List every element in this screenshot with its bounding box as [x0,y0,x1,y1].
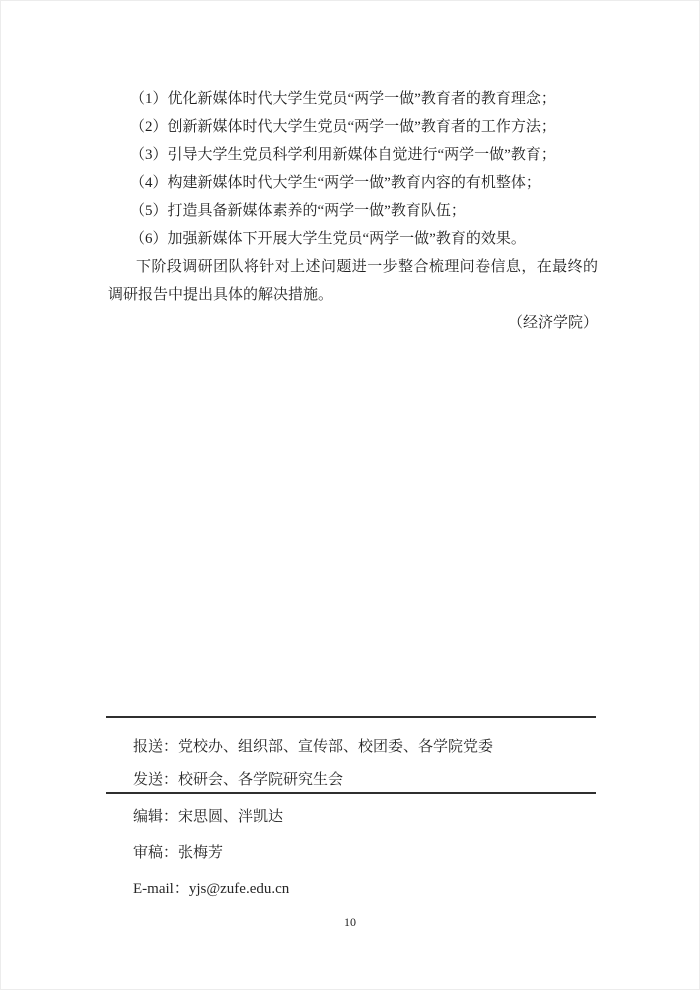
document-page: （1）优化新媒体时代大学生党员“两学一做”教育者的教育理念； （2）创新新媒体时… [0,0,700,990]
numbered-item-4: （4）构建新媒体时代大学生“两学一做”教育内容的有机整体； [108,169,598,197]
numbered-item-3: （3）引导大学生党员科学利用新媒体自觉进行“两学一做”教育； [108,141,598,169]
email-label: E-mail： [133,881,189,897]
email-line: E-mail：yjs@zufe.edu.cn [133,877,289,898]
numbered-item-5: （5）打造具备新媒体素养的“两学一做”教育队伍； [108,197,598,225]
closing-paragraph: 下阶段调研团队将针对上述问题进一步整合梳理问卷信息，在最终的调研报告中提出具体的… [108,253,598,309]
numbered-item-6: （6）加强新媒体下开展大学生党员“两学一做”教育的效果。 [108,225,598,253]
reviewer-value: 张梅芳 [178,844,223,861]
footer-divider-top [106,716,596,718]
footer-divider-middle [106,792,596,794]
reviewer-line: 审稿：张梅芳 [133,841,223,862]
report-to-value: 党校办、组织部、宣传部、校团委、各学院党委 [178,738,493,755]
send-to-label: 发送： [133,771,178,788]
attribution-line: （经济学院） [108,309,598,337]
send-to-line: 发送：校研会、各学院研究生会 [133,768,343,789]
body-content: （1）优化新媒体时代大学生党员“两学一做”教育者的教育理念； （2）创新新媒体时… [108,85,598,337]
email-address: yjs@zufe.edu.cn [189,881,289,897]
report-to-label: 报送： [133,738,178,755]
report-to-line: 报送：党校办、组织部、宣传部、校团委、各学院党委 [133,735,493,756]
page-number: 10 [1,915,699,930]
reviewer-label: 审稿： [133,844,178,861]
editor-label: 编辑： [133,808,178,825]
numbered-item-2: （2）创新新媒体时代大学生党员“两学一做”教育者的工作方法； [108,113,598,141]
editor-line: 编辑：宋思圆、泮凯达 [133,805,283,826]
send-to-value: 校研会、各学院研究生会 [178,771,343,788]
numbered-item-1: （1）优化新媒体时代大学生党员“两学一做”教育者的教育理念； [108,85,598,113]
editor-value: 宋思圆、泮凯达 [178,808,283,825]
